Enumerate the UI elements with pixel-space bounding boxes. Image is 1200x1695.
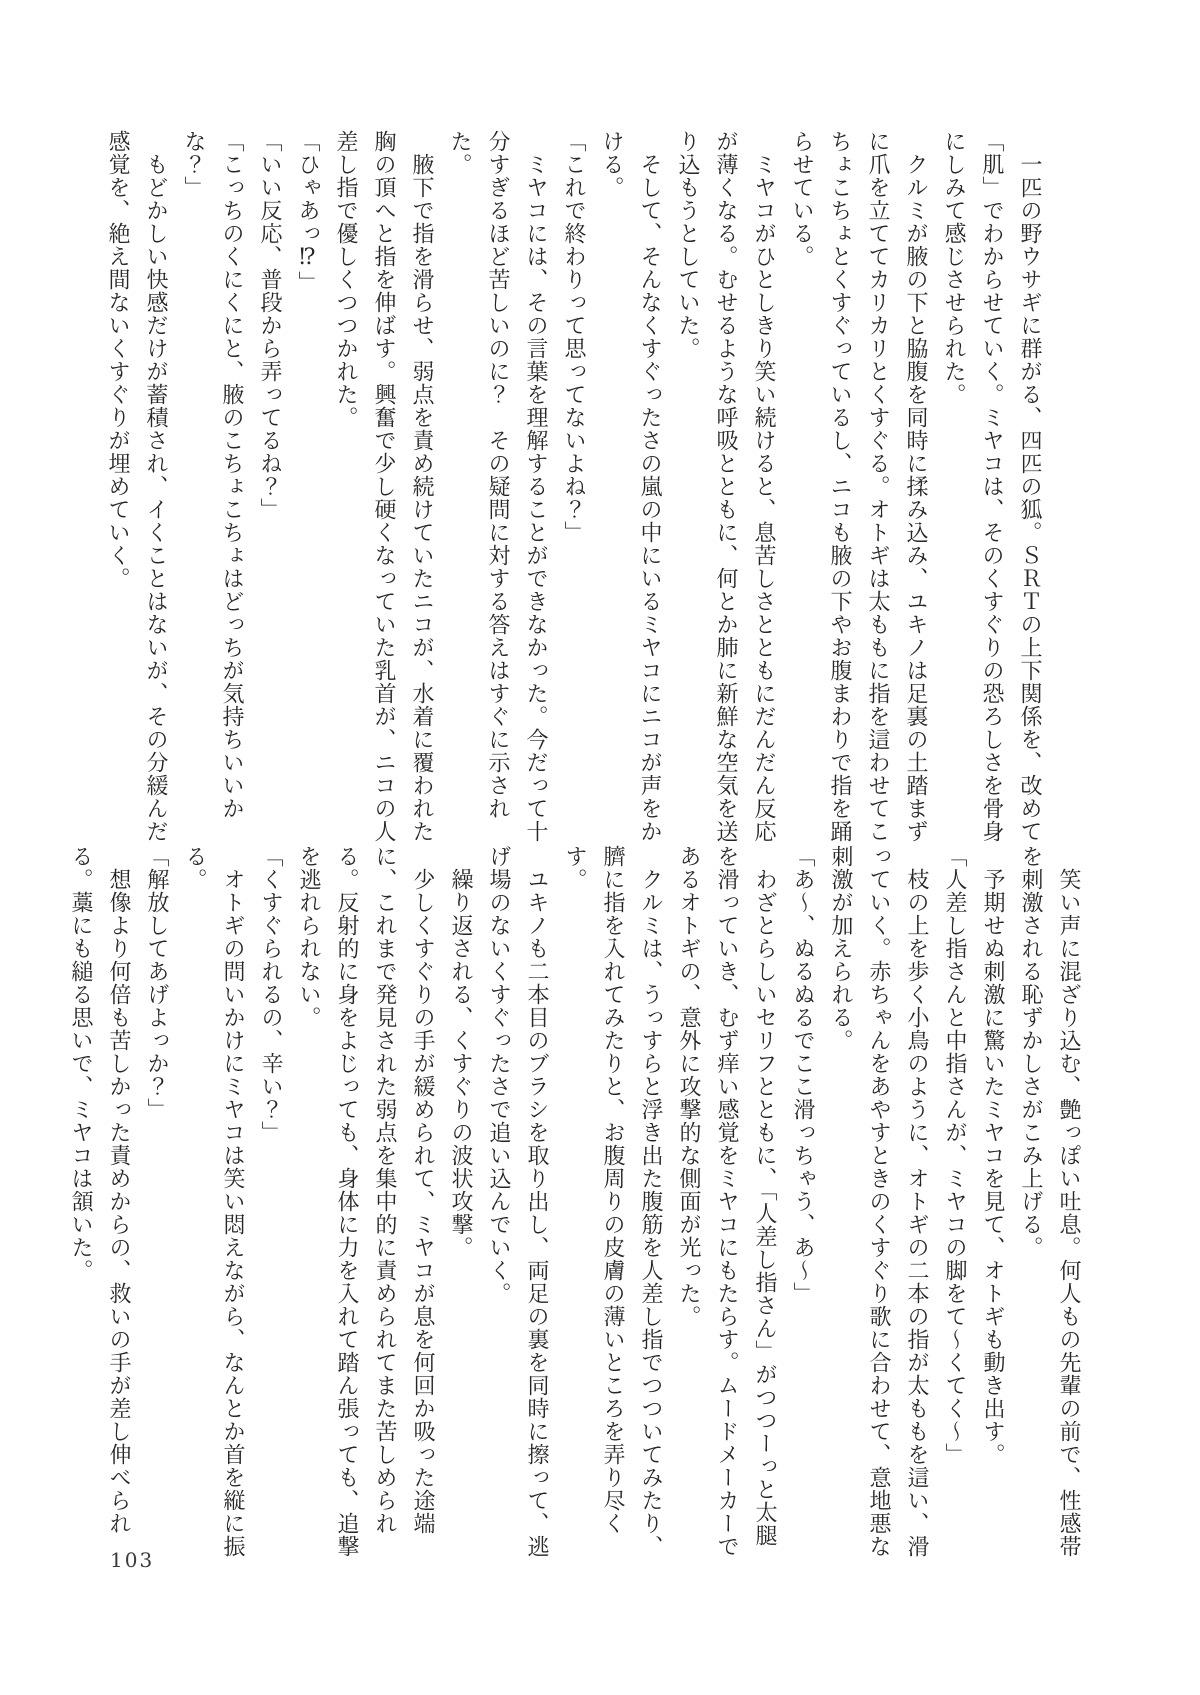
paragraph: ユキノも二本目のブラシを取り出し、両足の裏を同時に擦って、逃げ場のないくすぐった… — [479, 845, 555, 1559]
paragraph: 少しくすぐりの手が緩められて、ミヤコが息を何回か吸った途端に、これまで発見された… — [289, 845, 441, 1559]
paragraph: 予期せぬ刺激に驚いたミヤコを見て、オトギも動き出す。 — [973, 845, 1011, 1559]
paragraph: ミヤコがひとしきり笑い続けると、息苦しさとともにだんだん反応が薄くなる。むせるよ… — [668, 130, 782, 844]
paragraph: 「こっちのくにくにと、腋のこちょこちょはどっちが気持ちいいかな？」 — [174, 130, 250, 844]
paragraph: 「あ～、ぬるぬるでここ滑っちゃう、あ～」 — [783, 845, 821, 1559]
paragraph: 想像より何倍も苦しかった責めからの、救いの手が差し伸べられる。藁にも縋る思いで、… — [61, 845, 137, 1559]
paragraph: クルミは、うっすらと浮き出た腹筋を人差し指でつついてみたり、臍に指を入れてみたり… — [555, 845, 669, 1559]
upper-text-block: 一匹の野ウサギに群がる、四匹の狐。ＳＲＴの上下関係を、改めて「肌」でわからせてい… — [98, 130, 1048, 844]
book-page: 一匹の野ウサギに群がる、四匹の狐。ＳＲＴの上下関係を、改めて「肌」でわからせてい… — [0, 0, 1200, 1695]
paragraph: 「解放してあげよっか？」 — [137, 845, 175, 1559]
page-number: 103 — [110, 1548, 154, 1572]
paragraph: わざとらしいセリフとともに、「人差し指さん」がつつーっと太腿を滑っていき、むず痒… — [669, 845, 783, 1559]
paragraph: クルミが腋の下と脇腹を同時に揉み込み、ユキノは足裏の土踏まずに爪を立ててカリカリ… — [782, 130, 934, 844]
paragraph: 「これで終わりって思ってないよね？」 — [554, 130, 592, 844]
paragraph: オトギの問いかけにミヤコは笑い悶えながら、なんとか首を縦に振る。 — [175, 845, 251, 1559]
paragraph: ミヤコには、その言葉を理解することができなかった。今だって十分すぎるほど苦しいの… — [440, 130, 554, 844]
paragraph: 「いい反応、普段から弄ってるね？」 — [250, 130, 288, 844]
paragraph: 一匹の野ウサギに群がる、四匹の狐。ＳＲＴの上下関係を、改めて「肌」でわからせてい… — [934, 130, 1048, 844]
paragraph: もどかしい快感だけが蓄積され、イくことはないが、その分緩んだ感覚を、絶え間ないく… — [98, 130, 174, 844]
paragraph: 「くすぐられるの、辛い？」 — [251, 845, 289, 1559]
paragraph: 腋下で指を滑らせ、弱点を責め続けていたニコが、水着に覆われた胸の頂へと指を伸ばす… — [326, 130, 440, 844]
paragraph: 「人差し指さんと中指さんが、ミヤコの脚をて～くてく～」 — [935, 845, 973, 1559]
paragraph: そして、そんなくすぐったさの嵐の中にいるミヤコにニコが声をかける。 — [592, 130, 668, 844]
paragraph: 「ひゃあっ⁉」 — [288, 130, 326, 844]
paragraph: 繰り返される、くすぐりの波状攻撃。 — [441, 845, 479, 1559]
paragraph: 笑い声に混ざり込む、艶っぽい吐息。何人もの先輩の前で、性感帯を刺激される恥ずかし… — [1011, 845, 1087, 1559]
paragraph: 枝の上を歩く小鳥のように、オトギの二本の指が太ももを這い、滑っていく。赤ちゃんを… — [821, 845, 935, 1559]
lower-text-block: 笑い声に混ざり込む、艶っぽい吐息。何人もの先輩の前で、性感帯を刺激される恥ずかし… — [61, 845, 1087, 1559]
